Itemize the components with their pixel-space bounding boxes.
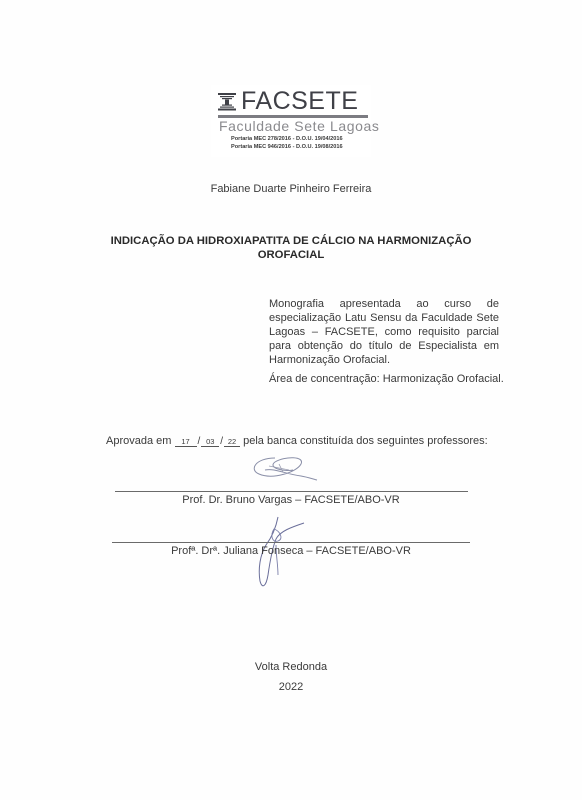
approval-statement: Aprovada em 17/03/22 pela banca constitu… [106,435,488,447]
approval-month: 03 [201,437,219,447]
logo-subtitle: Faculdade Sete Lagoas [219,118,380,134]
examiner-2-name: Profª. Drª. Juliana Fonseca – FACSETE/AB… [0,545,582,557]
author-name: Fabiane Duarte Pinheiro Ferreira [0,183,582,195]
year: 2022 [0,681,582,693]
city: Volta Redonda [0,661,582,673]
logo-portaria-1: Portaria MEC 278/2016 - D.O.U. 19/04/201… [231,136,343,142]
handwritten-signature-icon [245,452,320,486]
logo-header: FACSETE [217,89,358,113]
document-title: INDICAÇÃO DA HIDROXIAPATITA DE CÁLCIO NA… [80,234,502,262]
approval-prefix: Aprovada em [106,435,171,447]
columns-emblem-icon [217,91,237,111]
signature-line-1 [115,491,468,492]
document-page: FACSETE Faculdade Sete Lagoas Portaria M… [0,0,582,800]
facsete-logo: FACSETE Faculdade Sete Lagoas Portaria M… [211,85,371,157]
monograph-description: Monografia apresentada ao curso de espec… [269,297,499,367]
concentration-area: Área de concentração: Harmonização Orofa… [269,373,504,385]
signature-line-2 [112,542,470,543]
date-separator: / [198,436,201,447]
examiner-1-name: Prof. Dr. Bruno Vargas – FACSETE/ABO-VR [0,494,582,506]
date-separator: / [220,436,223,447]
approval-day: 17 [175,437,197,447]
logo-wordmark: FACSETE [241,89,358,113]
approval-year: 22 [224,437,240,447]
logo-portaria-2: Portaria MEC 946/2016 - D.O.U. 19/08/201… [231,144,343,150]
approval-suffix: pela banca constituída dos seguintes pro… [243,435,488,447]
